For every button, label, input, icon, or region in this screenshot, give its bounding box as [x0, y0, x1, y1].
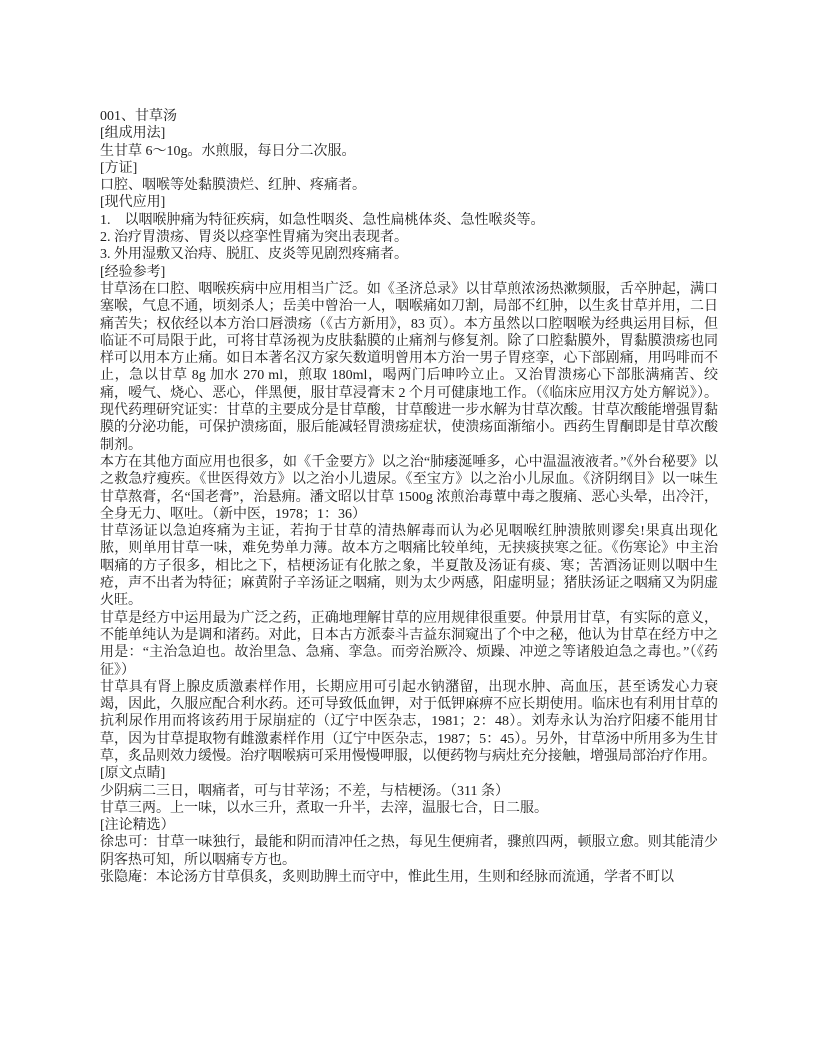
modern-application-item-1: 1. 以咽喉肿痛为特征疾病，如急性咽炎、急性扁桃体炎、急性喉炎等。 — [100, 212, 718, 229]
experience-paragraph-1: 甘草汤在口腔、咽喉疾病中应用相当广泛。如《圣济总录》以甘草煎浓汤热漱频服，舌卒肿… — [100, 281, 718, 454]
doc-title: 001、甘草汤 — [100, 108, 718, 125]
document-content: 001、甘草汤 [组成用法] 生甘草 6～10g。水煎服，每日分二次服。 [方证… — [100, 108, 718, 886]
section-header-indication: [方证] — [100, 160, 718, 177]
experience-paragraph-3: 甘草汤证以急迫疼痛为主证，若拘于甘草的清热解毒而认为必见咽喉红肿溃脓则谬矣!果真… — [100, 523, 718, 609]
commentary-zhang-yinan: 张隐庵：本论汤方甘草俱炙，炙则助脾土而守中，惟此生用，生则和经脉而流通，学者不町… — [100, 869, 718, 886]
modern-application-item-2: 2. 治疗胃溃疡、胃炎以痉挛性胃痛为突出表现者。 — [100, 229, 718, 246]
commentary-xu-zhongke: 徐忠可：甘草一味独行，最能和阴而清冲任之热，每见生便痈者，骤煎四两，顿服立愈。则… — [100, 834, 718, 869]
section-header-original-text: [原文点睛] — [100, 765, 718, 782]
indication-text: 口腔、咽喉等处黏膜溃烂、红肿、疼痛者。 — [100, 177, 718, 194]
original-text-line-2: 甘草三两。上一味，以水三升，煮取一升半，去滓，温服七合，日二服。 — [100, 800, 718, 817]
original-text-line-1: 少阴病二三日，咽痛者，可与甘苹汤；不差，与桔梗汤。（311 条） — [100, 783, 718, 800]
modern-application-item-3: 3. 外用湿敷又治痔、脱肛、皮炎等见剧烈疼痛者。 — [100, 246, 718, 263]
experience-paragraph-4: 甘草是经方中运用最为广泛之药，正确地理解甘草的应用规律很重要。仲景用甘草，有实际… — [100, 610, 718, 679]
experience-paragraph-2: 本方在其他方面应用也很多，如《千金要方》以之治“肺痿涎唾多，心中温温液液者。”《… — [100, 454, 718, 523]
experience-paragraph-5: 甘草具有肾上腺皮质激素样作用，长期应用可引起水钠潴留，出现水肿、高血压，甚至诱发… — [100, 679, 718, 765]
composition-text: 生甘草 6～10g。水煎服，每日分二次服。 — [100, 143, 718, 160]
section-header-composition: [组成用法] — [100, 125, 718, 142]
document-page: 001、甘草汤 [组成用法] 生甘草 6～10g。水煎服，每日分二次服。 [方证… — [0, 0, 816, 1056]
section-header-experience-reference: [经验参考] — [100, 264, 718, 281]
section-header-commentary: [注论精选） — [100, 817, 718, 834]
section-header-modern-application: [现代应用] — [100, 194, 718, 211]
